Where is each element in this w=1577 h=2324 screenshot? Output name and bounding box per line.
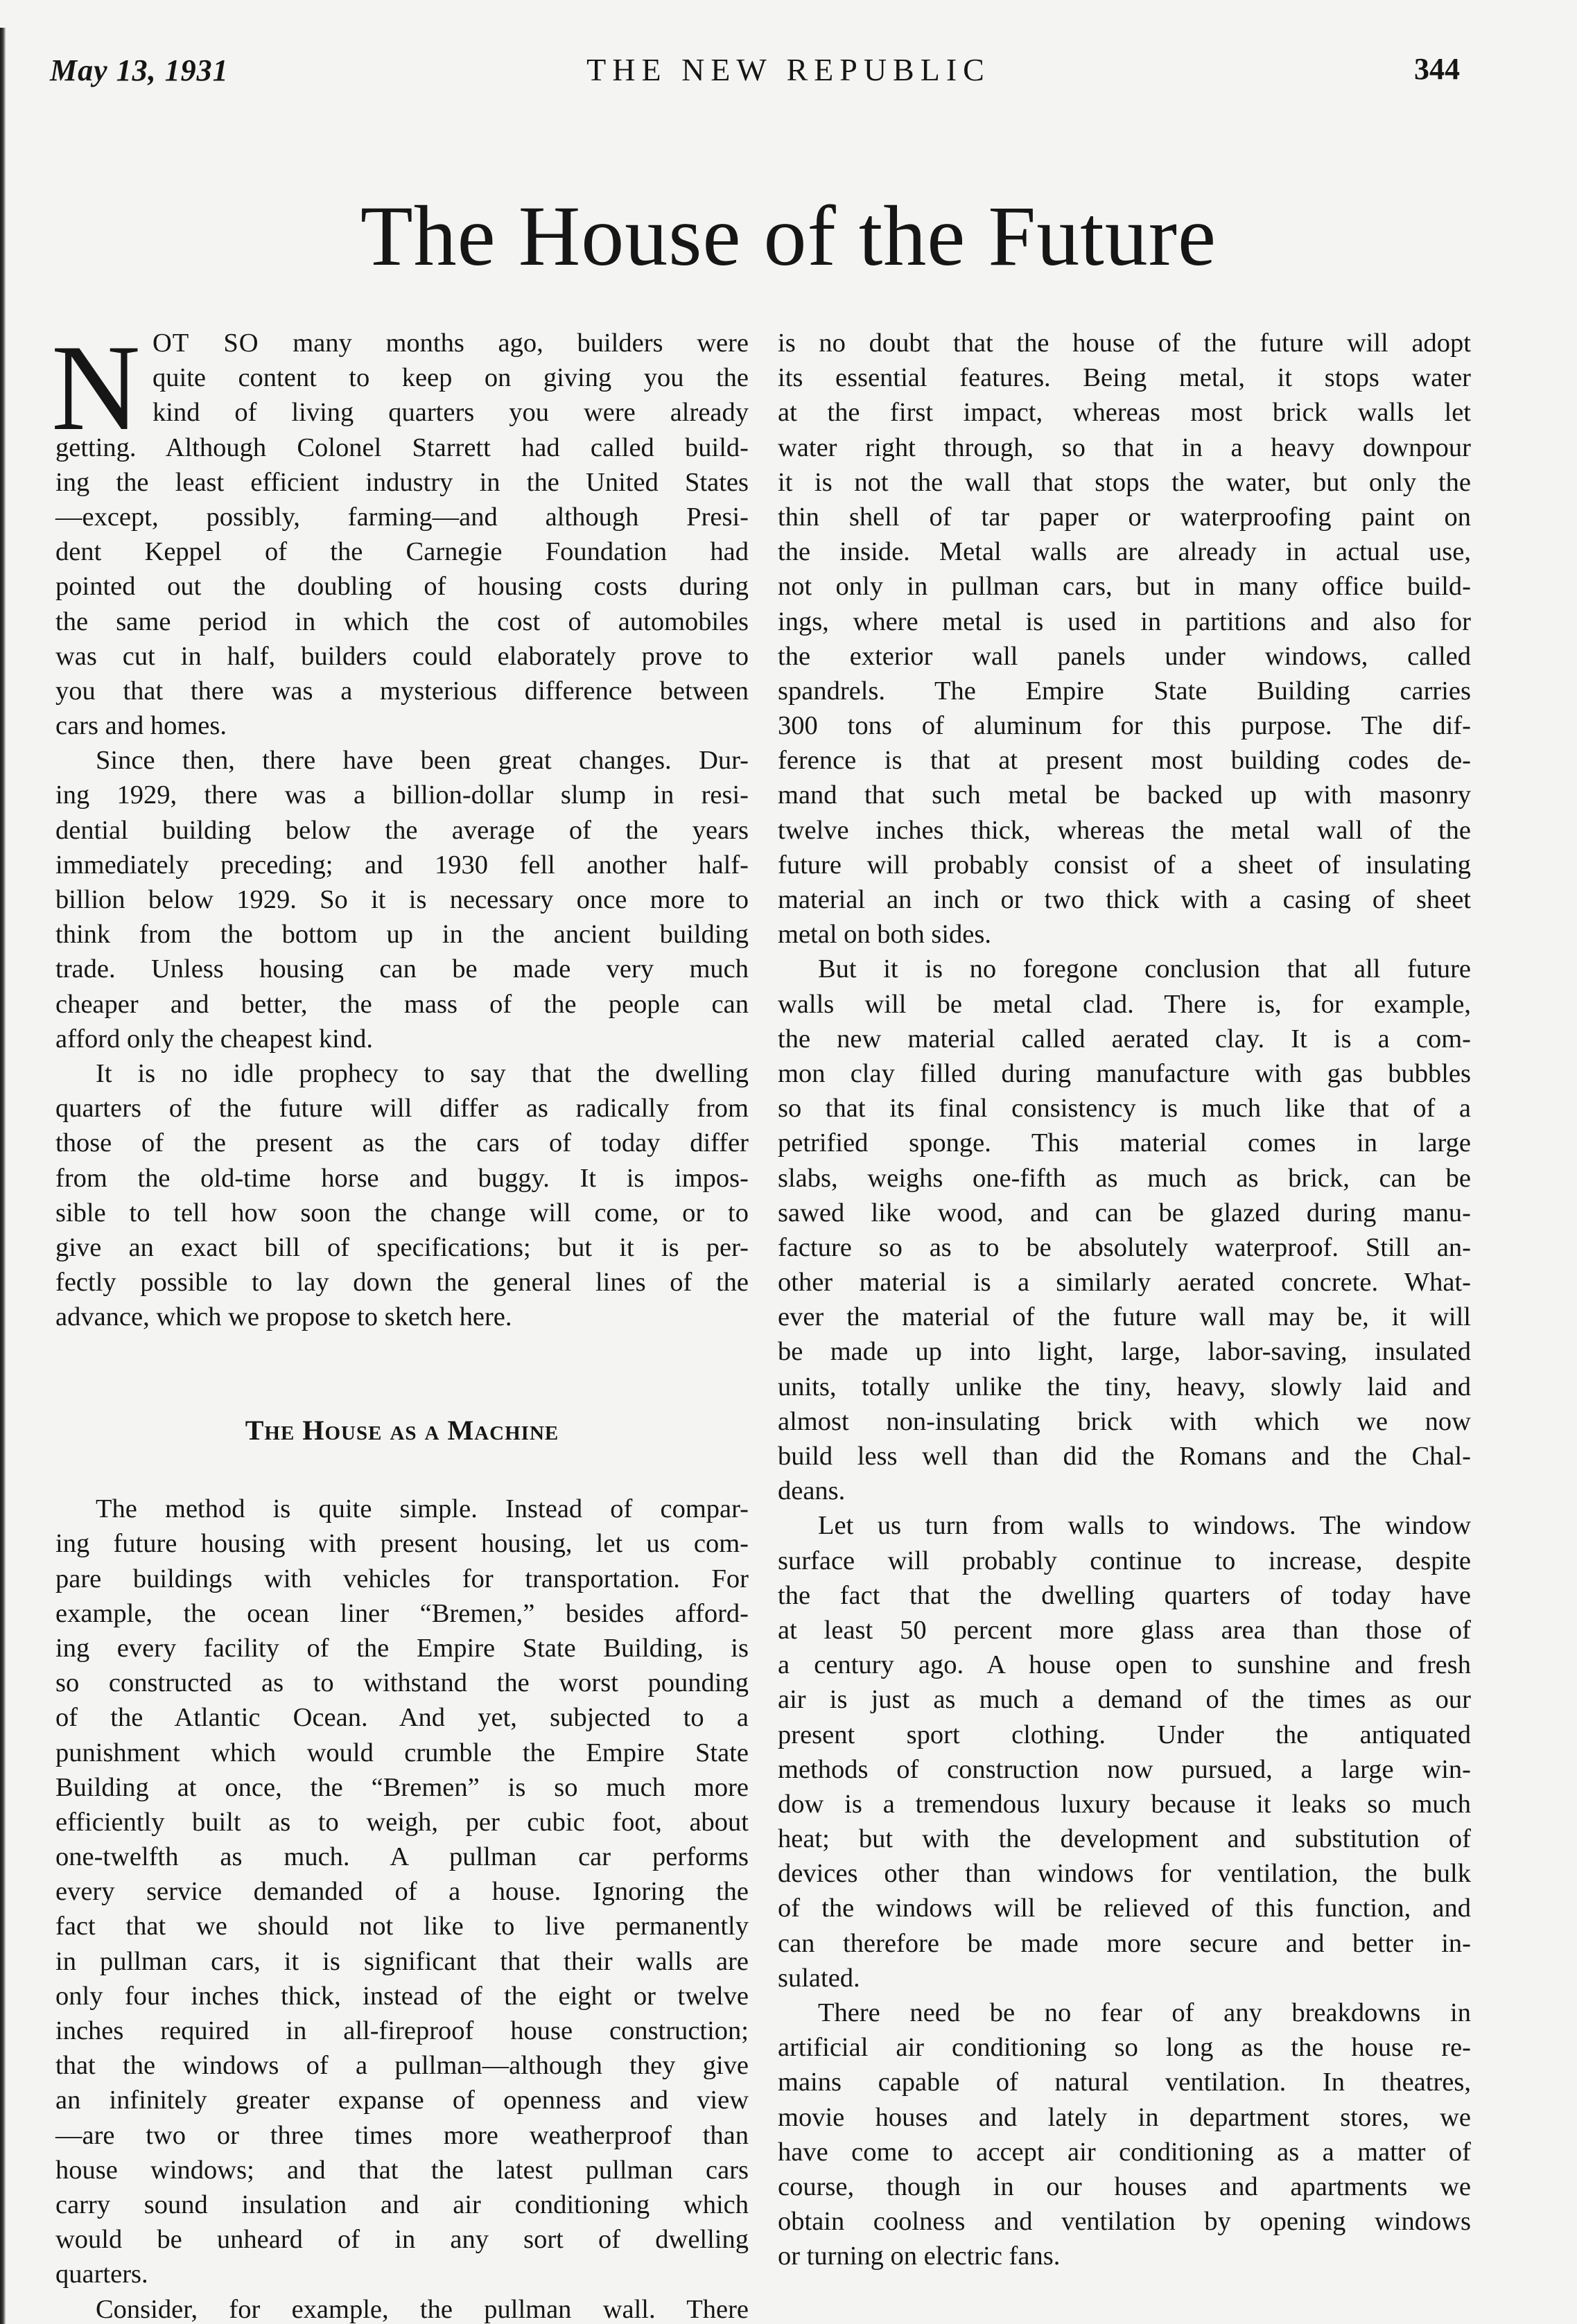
text-line: future will probably consist of a sheet …	[778, 848, 1471, 882]
text-line: the exterior wall panels under windows, …	[778, 639, 1471, 674]
paragraph-intro: OT SO many months ago, builders were qui…	[55, 326, 749, 743]
text-line: walls will be metal clad. There is, for …	[778, 987, 1471, 1022]
text-line: mains capable of natural ventilation. In…	[778, 2065, 1471, 2099]
right-column: is no doubt that the house of the future…	[778, 326, 1471, 2274]
text-line: Let us turn from walls to windows. The w…	[778, 1508, 1471, 1543]
text-line: from the old-time horse and buggy. It is…	[55, 1161, 749, 1196]
paragraph-method: The method is quite simple. Instead of c…	[55, 1492, 749, 2291]
text-line: Since then, there have been great change…	[55, 743, 749, 778]
text-line: it is not the wall that stops the water,…	[778, 465, 1471, 500]
text-line: house windows; and that the latest pullm…	[55, 2153, 749, 2187]
text-line: quarters.	[55, 2257, 749, 2291]
text-line: spandrels. The Empire State Building car…	[778, 674, 1471, 708]
text-line: efficiently built as to weigh, per cubic…	[55, 1805, 749, 1840]
text-line: other material is a similarly aerated co…	[778, 1265, 1471, 1300]
text-line: build less well than did the Romans and …	[778, 1439, 1471, 1474]
drop-cap: N	[51, 335, 141, 439]
text-line: surface will probably continue to increa…	[778, 1544, 1471, 1578]
text-line: artificial air conditioning so long as t…	[778, 2030, 1471, 2065]
text-line: present sport clothing. Under the antiqu…	[778, 1718, 1471, 1752]
text-line: kind of living quarters you were already	[55, 395, 749, 430]
text-line: inches required in all-fireproof house c…	[55, 2013, 749, 2048]
text-line: Consider, for example, the pullman wall.…	[55, 2292, 749, 2324]
text-line: cars and homes.	[55, 708, 749, 743]
text-line: think from the bottom up in the ancient …	[55, 917, 749, 952]
text-line: sible to tell how soon the change will c…	[55, 1196, 749, 1230]
text-line: was cut in half, builders could elaborat…	[55, 639, 749, 674]
paragraph-windows: Let us turn from walls to windows. The w…	[778, 1508, 1471, 1995]
text-line: so constructed as to withstand the worst…	[55, 1666, 749, 1700]
text-line: units, totally unlike the tiny, heavy, s…	[778, 1370, 1471, 1404]
text-line: is no doubt that the house of the future…	[778, 326, 1471, 360]
text-line: water right through, so that in a heavy …	[778, 430, 1471, 465]
text-line: getting. Although Colonel Starrett had c…	[55, 430, 749, 465]
text-line: air is just as much a demand of the time…	[778, 1682, 1471, 1717]
text-line: you that there was a mysterious differen…	[55, 674, 749, 708]
text-line: mand that such metal be backed up with m…	[778, 778, 1471, 812]
section-gap	[55, 1471, 749, 1492]
text-line: It is no idle prophecy to say that the d…	[55, 1056, 749, 1091]
section-gap	[55, 1370, 749, 1390]
article-title: The House of the Future	[0, 187, 1577, 286]
text-line: or turning on electric fans.	[778, 2239, 1471, 2273]
text-line: heat; but with the development and subst…	[778, 1821, 1471, 1856]
text-line: mon clay filled during manufacture with …	[778, 1056, 1471, 1091]
text-line: be made up into light, large, labor-savi…	[778, 1334, 1471, 1369]
text-line: afford only the cheapest kind.	[55, 1022, 749, 1056]
section-subheading: THE HOUSE AS A MACHINE	[55, 1413, 749, 1448]
text-line: facture so as to be absolutely waterproo…	[778, 1230, 1471, 1265]
text-line: the inside. Metal walls are already in a…	[778, 534, 1471, 569]
text-line: —except, possibly, farming—and although …	[55, 500, 749, 534]
text-line: methods of construction now pursued, a l…	[778, 1752, 1471, 1787]
text-line: 300 tons of aluminum for this purpose. T…	[778, 708, 1471, 743]
text-line: ever the material of the future wall may…	[778, 1300, 1471, 1334]
text-line: movie houses and lately in department st…	[778, 2100, 1471, 2135]
text-line: ing future housing with present housing,…	[55, 1526, 749, 1561]
text-line: have come to accept air conditioning as …	[778, 2135, 1471, 2169]
text-line: ing every facility of the Empire State B…	[55, 1631, 749, 1666]
text-line: its essential features. Being metal, it …	[778, 360, 1471, 395]
text-line: a century ago. A house open to sunshine …	[778, 1648, 1471, 1682]
lead-caps: OT SO	[153, 329, 259, 358]
text-line: not only in pullman cars, but in many of…	[778, 569, 1471, 604]
text-line: almost non-insulating brick with which w…	[778, 1404, 1471, 1439]
text-line: dent Keppel of the Carnegie Foundation h…	[55, 534, 749, 569]
text-line: example, the ocean liner “Bremen,” besid…	[55, 1596, 749, 1631]
text-line: course, though in our houses and apartme…	[778, 2169, 1471, 2204]
text-line: advance, which we propose to sketch here…	[55, 1300, 749, 1334]
text-line: an infinitely greater expanse of opennes…	[55, 2083, 749, 2117]
text-line: punishment which would crumble the Empir…	[55, 1736, 749, 1770]
text-line: fectly possible to lay down the general …	[55, 1265, 749, 1300]
text-line: carry sound insulation and air condition…	[55, 2187, 749, 2222]
text-line: would be unheard of in any sort of dwell…	[55, 2222, 749, 2257]
text-line: trade. Unless housing can be made very m…	[55, 952, 749, 986]
text-line: dow is a tremendous luxury because it le…	[778, 1787, 1471, 1821]
text-line: of the windows will be relieved of this …	[778, 1891, 1471, 1925]
text-line: only four inches thick, instead of the e…	[55, 1979, 749, 2013]
page-number: 344	[1414, 51, 1460, 87]
text-line: twelve inches thick, whereas the metal w…	[778, 813, 1471, 848]
text-line: the fact that the dwelling quarters of t…	[778, 1578, 1471, 1613]
text-line: obtain coolness and ventilation by openi…	[778, 2204, 1471, 2239]
text-line: But it is no foregone conclusion that al…	[778, 952, 1471, 986]
publication-name: THE NEW REPUBLIC	[0, 51, 1577, 88]
text-line: at the first impact, whereas most brick …	[778, 395, 1471, 430]
text-line: of the Atlantic Ocean. And yet, subjecte…	[55, 1700, 749, 1735]
section-gap	[55, 1334, 749, 1369]
text-line: so that its final consistency is much li…	[778, 1091, 1471, 1126]
text-line: ings, where metal is used in partitions …	[778, 604, 1471, 639]
text-line: thin shell of tar paper or waterproofing…	[778, 500, 1471, 534]
text-line: can therefore be made more secure and be…	[778, 1926, 1471, 1961]
text-line: deans.	[778, 1474, 1471, 1508]
text-line: OT SO many months ago, builders were	[55, 326, 749, 360]
text-line: There need be no fear of any breakdowns …	[778, 1995, 1471, 2030]
text-line: Building at once, the “Bremen” is so muc…	[55, 1770, 749, 1805]
text-line: pointed out the doubling of housing cost…	[55, 569, 749, 604]
text-line: dential building below the average of th…	[55, 813, 749, 848]
text-line: devices other than windows for ventilati…	[778, 1856, 1471, 1891]
text-line: pare buildings with vehicles for transpo…	[55, 1562, 749, 1596]
text-line: material an inch or two thick with a cas…	[778, 882, 1471, 917]
text-line: the same period in which the cost of aut…	[55, 604, 749, 639]
text-line: metal on both sides.	[778, 917, 1471, 952]
text-line: sulated.	[778, 1961, 1471, 1995]
text-line: one-twelfth as much. A pullman car perfo…	[55, 1840, 749, 1874]
paragraph-air-conditioning: There need be no fear of any breakdowns …	[778, 1995, 1471, 2274]
text-line: fact that we should not like to live per…	[55, 1909, 749, 1943]
paragraph-consider: Consider, for example, the pullman wall.…	[55, 2292, 749, 2324]
text-line: that the windows of a pullman—although t…	[55, 2048, 749, 2083]
text-line: ference is that at present most building…	[778, 743, 1471, 778]
text-line: those of the present as the cars of toda…	[55, 1126, 749, 1160]
text-line: slabs, weighs one-fifth as much as brick…	[778, 1161, 1471, 1196]
running-head: May 13, 1931 THE NEW REPUBLIC 344	[0, 43, 1577, 98]
text-line: quite content to keep on giving you the	[55, 360, 749, 395]
text-line: ing 1929, there was a billion-dollar slu…	[55, 778, 749, 812]
paragraph-prophecy: It is no idle prophecy to say that the d…	[55, 1056, 749, 1335]
left-column: N OT SO many months ago, builders were q…	[55, 326, 749, 2324]
text-line: quarters of the future will differ as ra…	[55, 1091, 749, 1126]
text-line: The method is quite simple. Instead of c…	[55, 1492, 749, 1526]
text-line: at least 50 percent more glass area than…	[778, 1613, 1471, 1648]
text-line: in pullman cars, it is significant that …	[55, 1944, 749, 1979]
paragraph-since-then: Since then, there have been great change…	[55, 743, 749, 1056]
text-line: ing the least efficient industry in the …	[55, 465, 749, 500]
text-line: every service demanded of a house. Ignor…	[55, 1874, 749, 1909]
text-line: cheaper and better, the mass of the peop…	[55, 987, 749, 1022]
paragraph-aerated-clay: But it is no foregone conclusion that al…	[778, 952, 1471, 1508]
text-line: give an exact bill of specifications; bu…	[55, 1230, 749, 1265]
paragraph-metal-wall: is no doubt that the house of the future…	[778, 326, 1471, 952]
text-line: the new material called aerated clay. It…	[778, 1022, 1471, 1056]
text-line: —are two or three times more weatherproo…	[55, 2118, 749, 2153]
text-line: immediately preceding; and 1930 fell ano…	[55, 848, 749, 882]
page-binding-edge	[0, 28, 6, 2324]
text-line: petrified sponge. This material comes in…	[778, 1126, 1471, 1160]
text-line: sawed like wood, and can be glazed durin…	[778, 1196, 1471, 1230]
text-line: billion below 1929. So it is necessary o…	[55, 882, 749, 917]
